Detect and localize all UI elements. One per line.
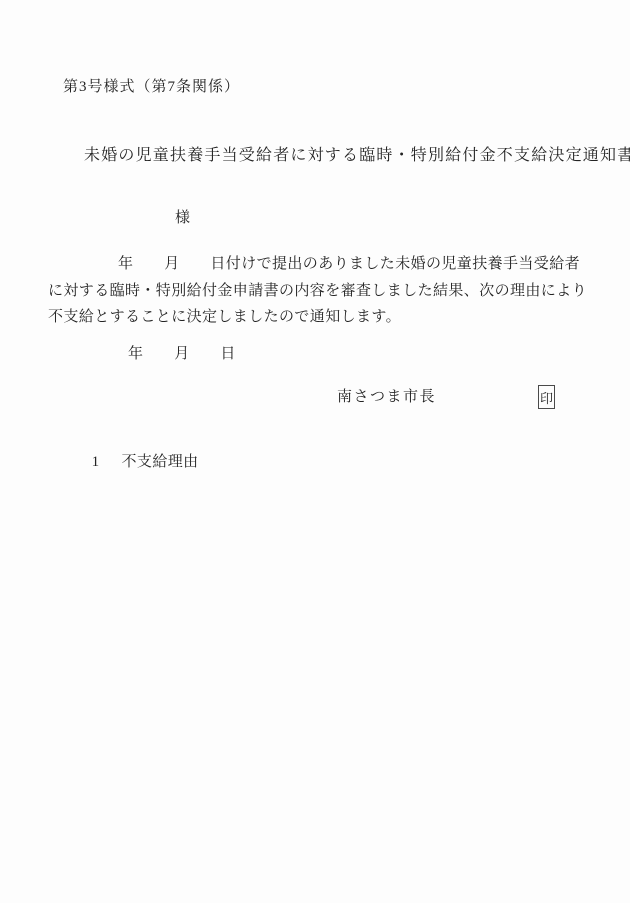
seal-box: 印 — [538, 385, 555, 409]
issuer-name: 南さつま市長 — [337, 390, 436, 405]
reason-heading-line: 1不支給理由 — [75, 440, 199, 485]
issue-date-line: 年 月 日 — [128, 347, 236, 362]
document-page: 第3号様式（第7条関係） 未婚の児童扶養手当受給者に対する臨時・特別給付金不支給… — [0, 0, 630, 903]
body-line-2: に対する臨時・特別給付金申請書の内容を審査しました結果、次の理由により — [48, 284, 587, 299]
reason-number: 1 — [92, 454, 100, 470]
body-line-1: 年 月 日付けで提出のありました未婚の児童扶養手当受給者 — [118, 257, 580, 272]
body-line-3: 不支給とすることに決定しましたので通知します。 — [48, 310, 401, 325]
seal-icon: 印 — [540, 388, 553, 407]
document-title: 未婚の児童扶養手当受給者に対する臨時・特別給付金不支給決定通知書 — [84, 148, 630, 164]
reason-heading: 不支給理由 — [122, 454, 199, 470]
form-number: 第3号様式（第7条関係） — [63, 80, 240, 95]
addressee-suffix: 様 — [175, 211, 190, 226]
